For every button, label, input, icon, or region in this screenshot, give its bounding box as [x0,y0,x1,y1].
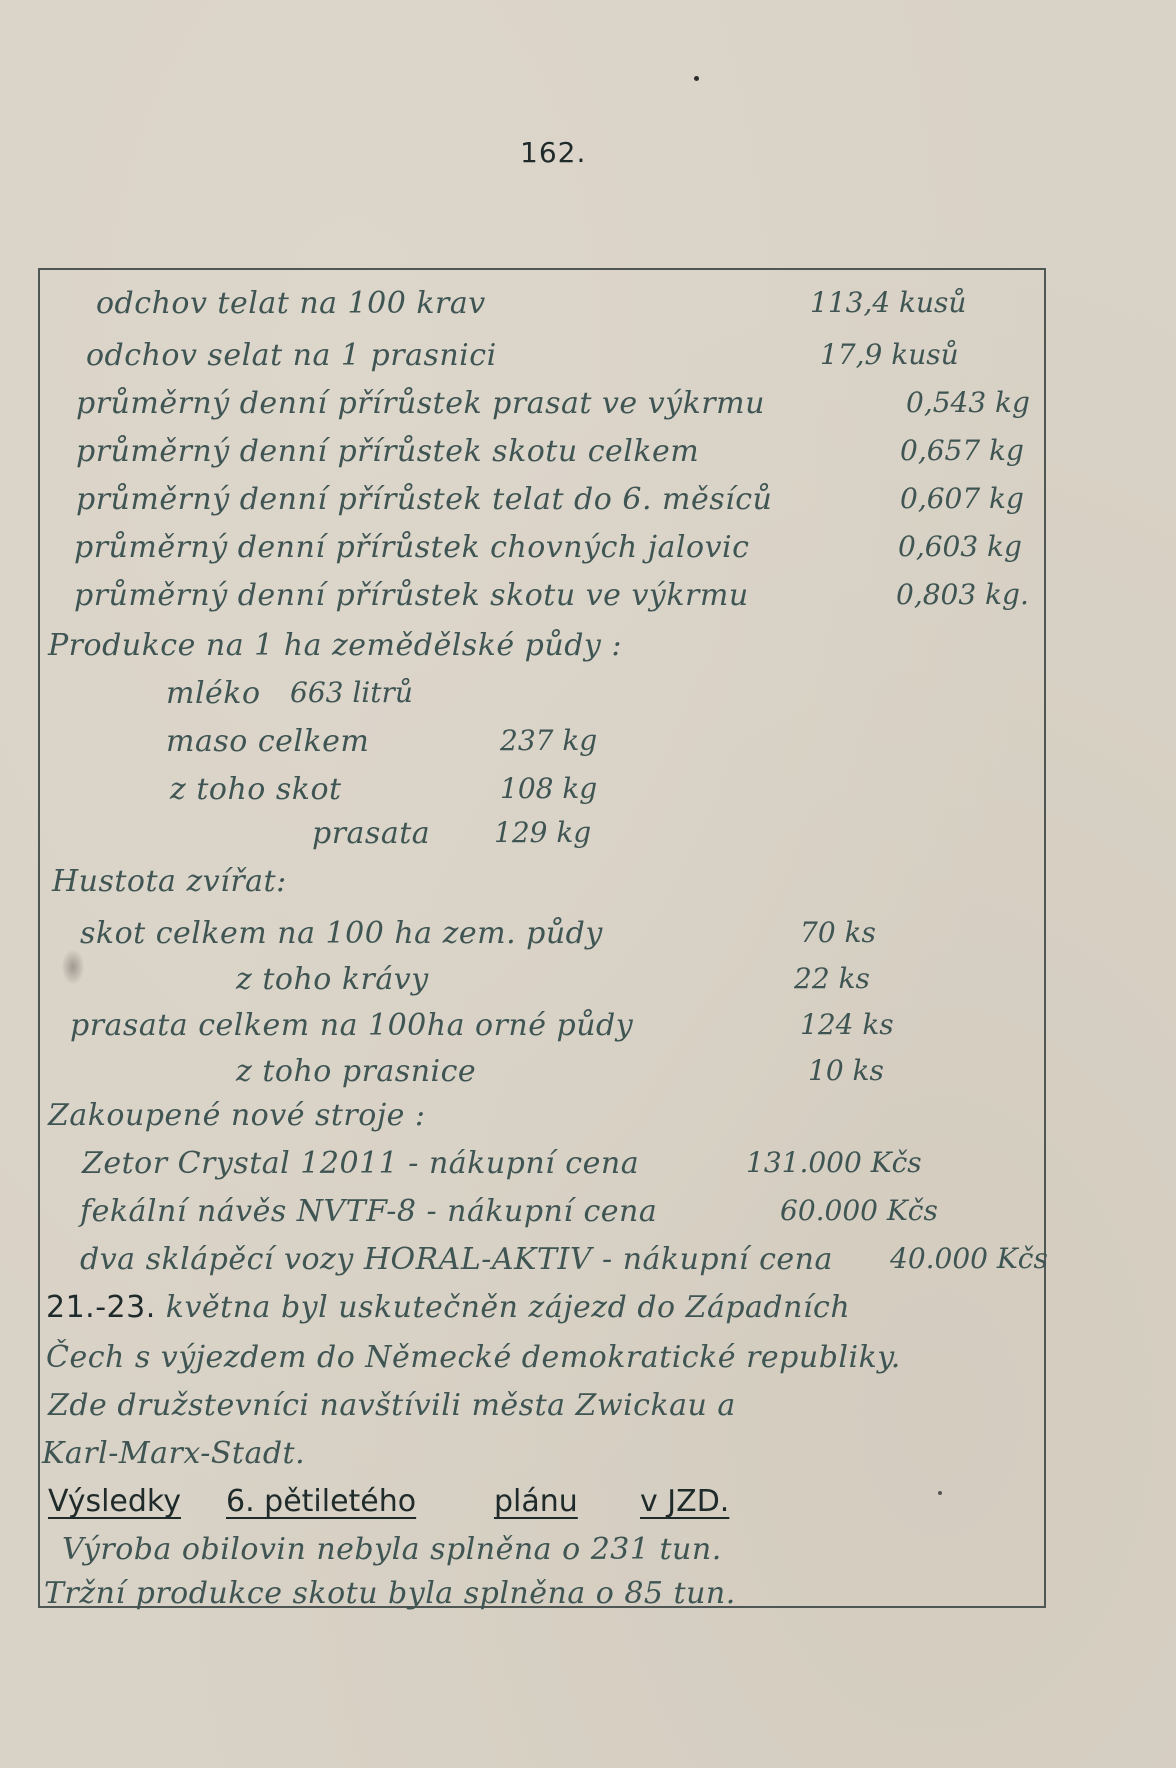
trip-line: Karl-Marx-Stadt. [42,1436,305,1471]
trip-line: Zde družstevníci navštívili města Zwicka… [48,1388,736,1423]
density-item-label: prasata celkem na 100ha orné půdy [70,1008,633,1043]
heading-part: plánu [494,1484,578,1519]
trip-line: 21.-23. května byl uskutečněn zájezd do … [46,1290,850,1325]
stat-label: odchov selat na 1 prasnici [86,338,497,373]
density-item-value: 22 ks [794,962,870,995]
stat-value: 0,607 kg [900,482,1024,515]
production-item-label: mléko [166,676,261,711]
stat-value: 0,657 kg [900,434,1024,467]
production-item-value: 129 kg [494,816,591,849]
heading-part: v JZD. [640,1484,729,1519]
production-item-value: 237 kg [500,724,597,757]
heading-part: 6. pětiletého [226,1484,416,1519]
section-heading-machines: Zakoupené nové stroje : [48,1098,426,1133]
document-page: 162. odchov telat na 100 krav 113,4 kusů… [0,0,1176,1768]
stat-label: průměrný denní přírůstek prasat ve výkrm… [76,386,765,421]
density-item-label: z toho prasnice [236,1054,476,1089]
production-item-label: z toho skot [170,772,342,807]
trip-line: Čech s výjezdem do Německé demokratické … [46,1340,901,1375]
heading-part: Výsledky [48,1484,181,1519]
production-item-label: maso celkem [166,724,369,759]
production-item-label: prasata [312,816,430,851]
density-item-value: 10 ks [808,1054,884,1087]
machine-item-value: 131.000 Kčs [746,1146,922,1179]
trip-line-text: května byl uskutečněn zájezd do Západníc… [166,1290,850,1325]
stat-label: průměrný denní přírůstek skotu celkem [76,434,699,469]
stat-value: 17,9 kusů [820,338,959,371]
ink-dot [938,1491,942,1495]
paper-stain [62,950,84,984]
machine-item-value: 60.000 Kčs [780,1194,938,1227]
machine-item-label: Zetor Crystal 12011 - nákupní cena [82,1146,639,1181]
section-heading-production: Produkce na 1 ha zemědělské půdy : [48,628,622,663]
production-item-value: 663 litrů [290,676,413,709]
stat-value: 0,603 kg [898,530,1022,563]
production-item-value: 108 kg [500,772,597,805]
stat-value: 113,4 kusů [810,286,966,319]
ink-dot [694,76,699,81]
page-number: 162. [520,136,586,169]
density-item-value: 70 ks [800,916,876,949]
stat-label: průměrný denní přírůstek telat do 6. měs… [76,482,772,517]
density-item-label: z toho krávy [236,962,429,997]
density-item-label: skot celkem na 100 ha zem. půdy [80,916,603,951]
machine-item-label: fekální návěs NVTF-8 - nákupní cena [80,1194,657,1229]
stat-label: průměrný denní přírůstek chovných jalovi… [74,530,749,565]
results-line: Tržní produkce skotu byla splněna o 85 t… [44,1576,736,1611]
density-item-value: 124 ks [800,1008,894,1041]
trip-date: 21.-23. [46,1290,156,1325]
stat-value: 0,543 kg [906,386,1030,419]
results-line: Výroba obilovin nebyla splněna o 231 tun… [62,1532,722,1567]
stat-value: 0,803 kg. [896,578,1029,611]
machine-item-label: dva sklápěcí vozy HORAL-AKTIV - nákupní … [80,1242,833,1277]
stat-label: odchov telat na 100 krav [96,286,486,321]
section-heading-density: Hustota zvířat: [52,864,287,899]
stat-label: průměrný denní přírůstek skotu ve výkrmu [74,578,749,613]
machine-item-value: 40.000 Kčs [890,1242,1048,1275]
